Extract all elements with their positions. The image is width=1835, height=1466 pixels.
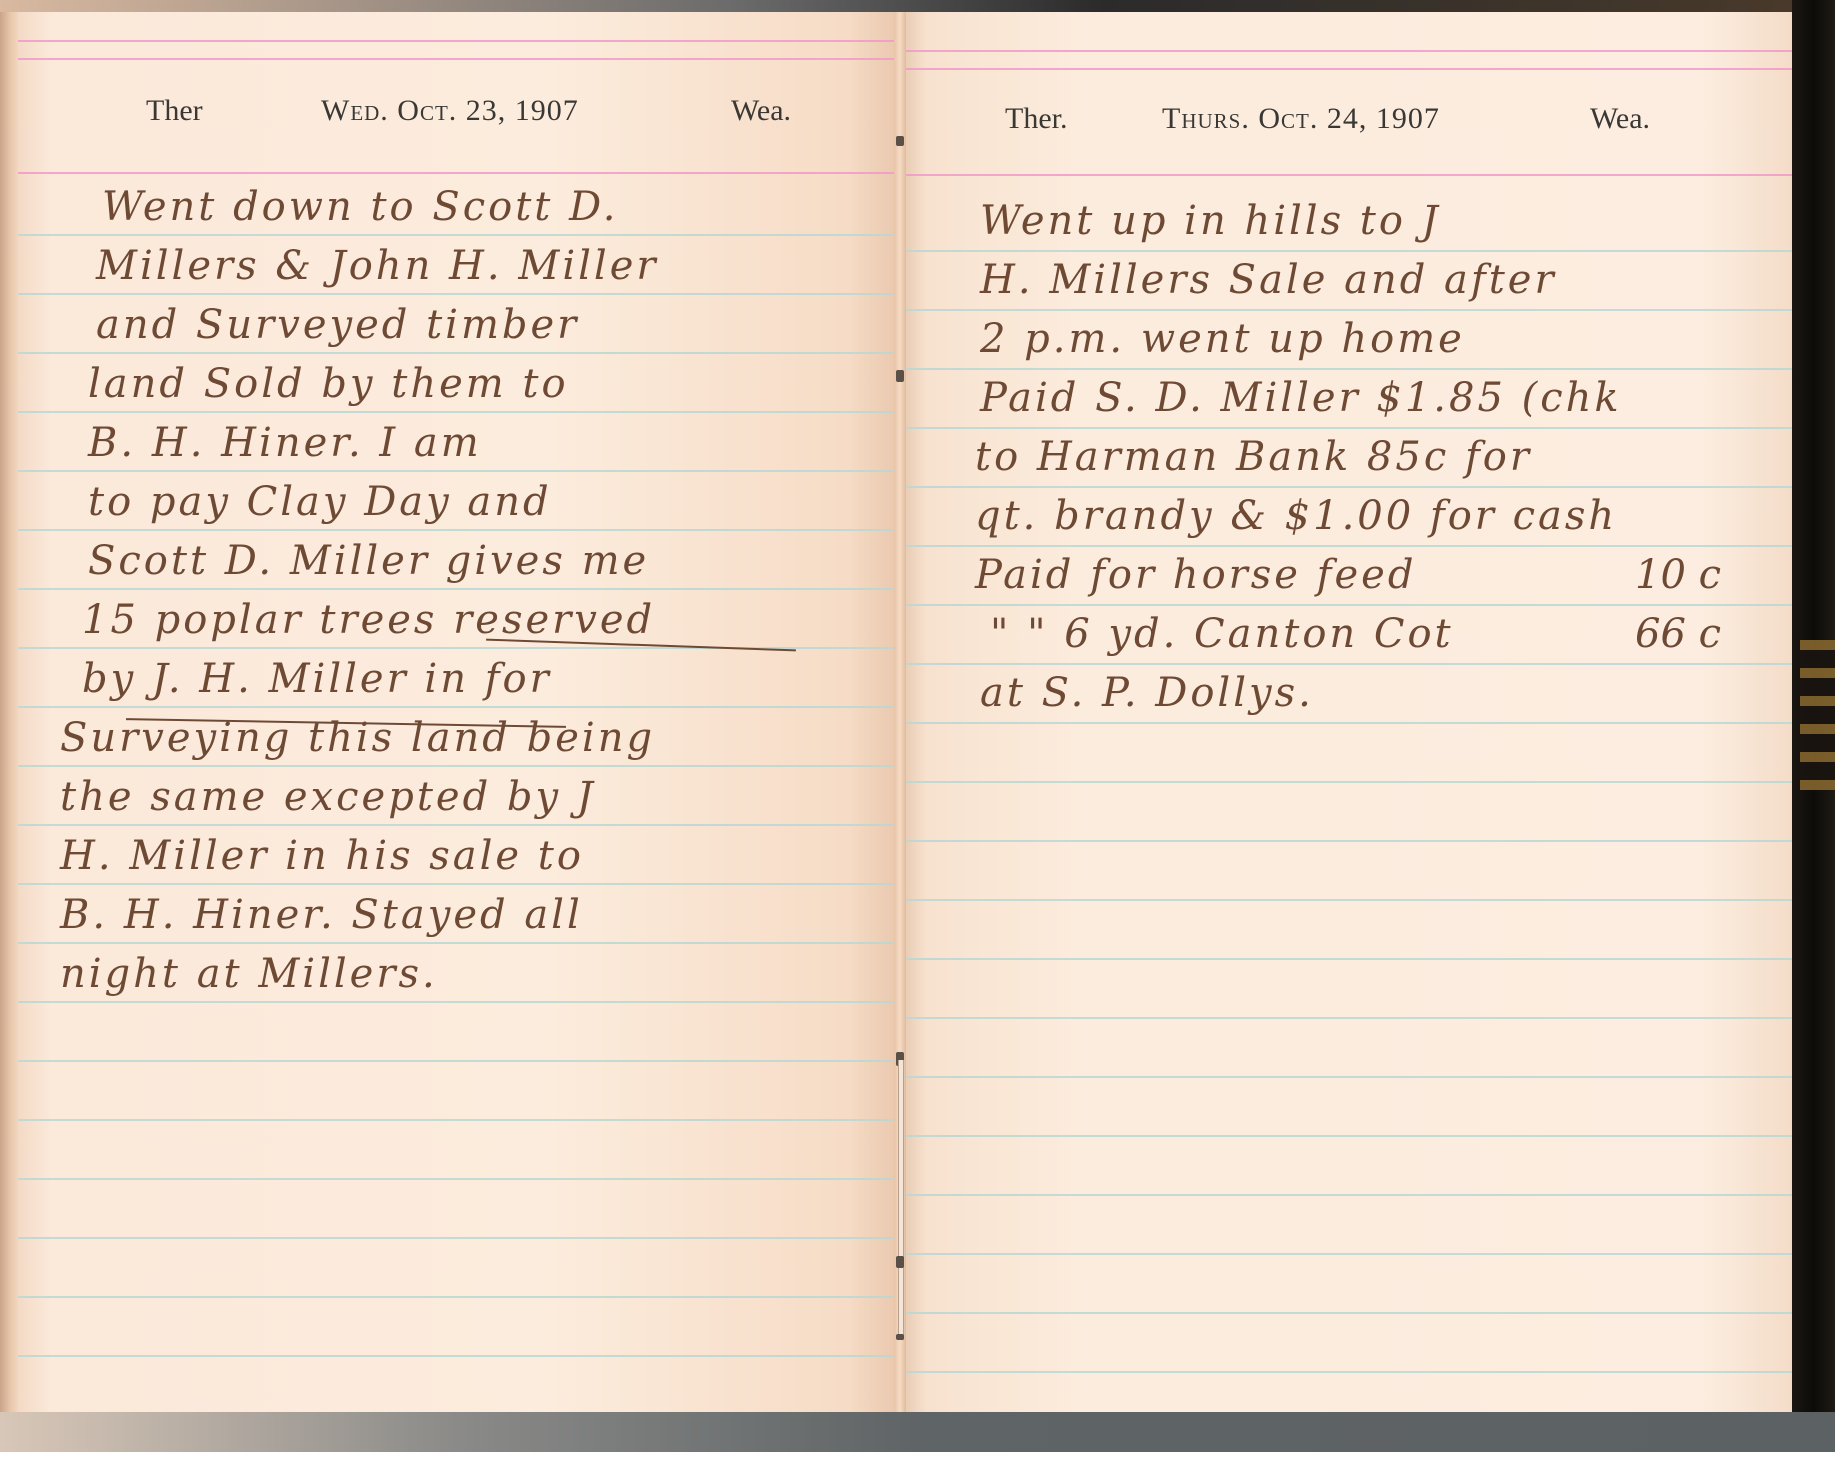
ruled-line [16,1001,900,1003]
ruled-line [16,706,900,708]
image-margin [0,1452,1835,1466]
left-page-header: Ther Wed. Oct. 23, 1907 Wea. [16,94,900,134]
entry-line: night at Millers. [60,951,900,997]
ruled-line [16,293,900,295]
ruled-line [900,899,1792,901]
page-block-edge [0,12,18,1414]
entry-line: by J. H. Miller in for [82,656,900,702]
ruled-line [16,411,900,413]
entry-line: the same excepted by J [60,774,900,820]
cover-decoration [1800,640,1835,790]
ruled-line [900,781,1792,783]
ruled-line [16,1178,900,1180]
entry-line: B. H. Hiner. I am [88,420,900,466]
weather-label: Wea. [731,94,791,128]
page-date: Thurs. Oct. 24, 1907 [1162,102,1440,136]
ruled-line [16,1237,900,1239]
ruled-line [900,1253,1792,1255]
binding-stitch [896,370,904,382]
ruled-line [16,234,900,236]
ruled-line [16,529,900,531]
right-page-header: Ther. Thurs. Oct. 24, 1907 Wea. [900,102,1792,142]
entry-line: Surveying this land being [60,715,900,761]
ruled-line [16,1060,900,1062]
ruled-line [16,824,900,826]
entry-line: B. H. Hiner. Stayed all [60,892,900,938]
header-rule-bottom [900,174,1792,176]
ruled-line [16,942,900,944]
header-rule-top-1 [900,50,1792,52]
ruled-line [16,883,900,885]
binding-thread [898,1060,904,1340]
ruled-line [16,1296,900,1298]
ruled-line [900,604,1792,606]
entry-line: and Surveyed timber [96,302,900,348]
header-rule-top-1 [16,40,900,42]
ruled-line [16,352,900,354]
entry-line: 15 poplar trees reserved [82,597,900,643]
ruled-line [900,250,1792,252]
ruled-line [900,958,1792,960]
entry-line: H. Millers Sale and after [980,257,1792,303]
ruled-line [900,1371,1792,1373]
header-rule-top-2 [16,58,900,60]
ruled-line [900,1017,1792,1019]
ruled-line [900,1135,1792,1137]
thermometer-label: Ther [146,94,203,128]
right-page: Ther. Thurs. Oct. 24, 1907 Wea. Went up … [900,12,1792,1414]
header-rule-top-2 [900,68,1792,70]
entry-line: Went up in hills to J [980,198,1792,244]
entry-line: qt. brandy & $1.00 for cash [975,493,1792,539]
ruled-line [900,663,1792,665]
ruled-line [900,1194,1792,1196]
header-rule-bottom [16,172,900,174]
ruled-line [900,309,1792,311]
ruled-line [16,1119,900,1121]
ruled-line [900,427,1792,429]
amount-canton-cot: 66 c [1635,611,1721,657]
ruled-line [900,722,1792,724]
amount-horse-feed: 10 c [1635,552,1721,598]
entry-line: Went down to Scott D. [102,184,900,230]
entry-line: at S. P. Dollys. [980,670,1792,716]
binding-stitch [896,1334,904,1340]
entry-line: land Sold by them to [88,361,900,407]
ruled-line [16,1355,900,1357]
entry-line: Paid S. D. Miller $1.85 (chk [980,375,1792,421]
ruled-line [900,1312,1792,1314]
ruled-line [16,470,900,472]
binding-stitch [896,136,904,146]
ruled-line [16,765,900,767]
ruled-line [900,486,1792,488]
entry-line: 2 p.m. went up home [980,316,1792,362]
ruled-line [16,588,900,590]
ruled-line [900,1076,1792,1078]
ruled-line [900,368,1792,370]
page-date: Wed. Oct. 23, 1907 [321,94,579,128]
entry-line: Millers & John H. Miller [96,243,900,289]
left-page: Ther Wed. Oct. 23, 1907 Wea. Went down t… [16,12,900,1414]
binding-stitch [896,1256,904,1268]
thermometer-label: Ther. [1005,102,1067,136]
entry-line: Scott D. Miller gives me [88,538,900,584]
entry-line: to Harman Bank 85c for [975,434,1792,480]
weather-label: Wea. [1590,102,1650,136]
entry-line: H. Miller in his sale to [60,833,900,879]
entry-line: to pay Clay Day and [88,479,900,525]
ruled-line [900,840,1792,842]
ruled-line [900,545,1792,547]
